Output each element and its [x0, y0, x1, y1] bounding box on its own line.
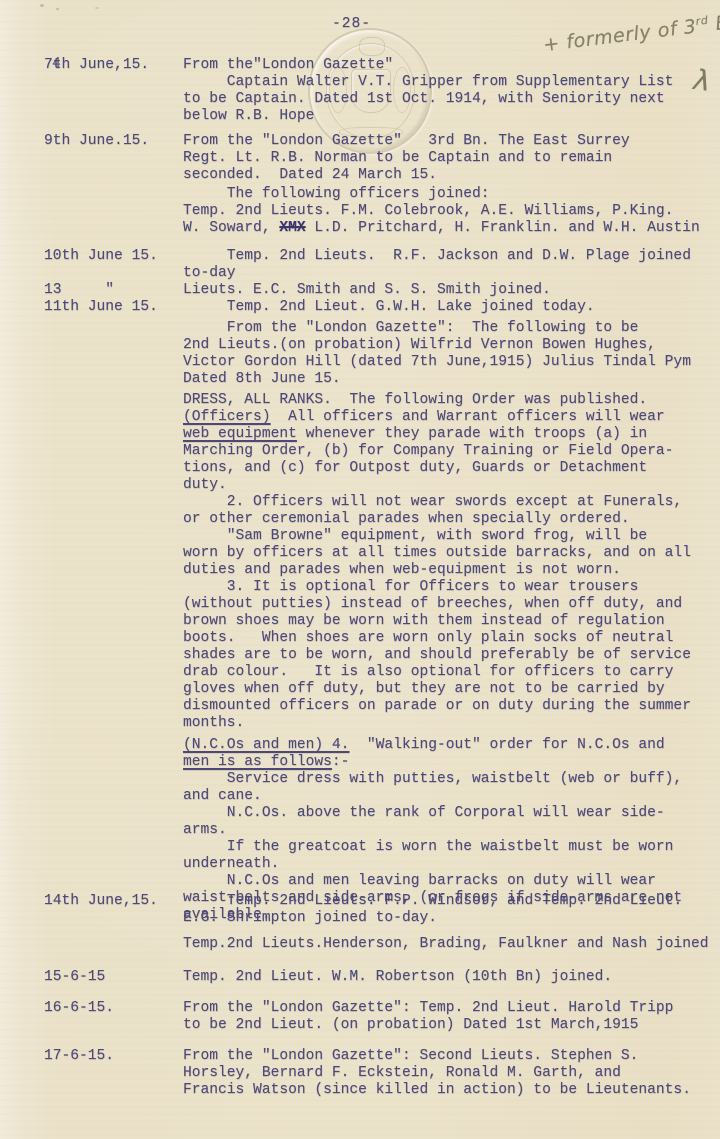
- text-segment: to be 2nd Lieut. (on probation) Dated 1s…: [183, 1017, 638, 1033]
- text-segment: :-: [332, 754, 350, 770]
- text-segment: shades are to be worn, and should prefer…: [183, 647, 691, 663]
- text-line: 9th June.15.From the "London Gazette" 3r…: [183, 133, 630, 150]
- text-segment: Temp. 2nd Lieuts. F.P. Windsor, and Temp…: [183, 893, 682, 909]
- text-line: E.G. Shrimpton joined to-day.: [183, 910, 682, 927]
- text-line: Regt. Lt. R.B. Norman to be Captain and …: [183, 150, 630, 167]
- text-line: N.C.Os and men leaving barracks on duty …: [183, 873, 682, 890]
- text-segment: Lieuts. E.C. Smith and S. S. Smith joine…: [183, 282, 551, 298]
- text-segment: and cane.: [183, 788, 262, 804]
- text-line: arms.: [183, 822, 682, 839]
- text-segment: below R.B. Hope: [183, 108, 314, 124]
- text-segment: duties and parades when web-equipment is…: [183, 562, 621, 578]
- text-segment: All officers and Warrant officers will w…: [271, 409, 665, 425]
- text-segment: N.C.Os. above the rank of Corporal will …: [183, 805, 665, 821]
- text-segment: Marching Order, (b) for Company Training…: [183, 443, 673, 459]
- text-segment: (without putties) instead of breeches, w…: [183, 596, 682, 612]
- text-segment: Temp. 2nd Lieut. G.W.H. Lake joined toda…: [183, 299, 595, 315]
- text-segment: brown shoes may be worn with them instea…: [183, 613, 665, 629]
- entry-date: 17-6-15.: [44, 1048, 114, 1065]
- entry-block: 10th June 15. Temp. 2nd Lieuts. R.F. Jac…: [183, 248, 691, 316]
- entry-date: 14th June,15.: [44, 893, 158, 910]
- text-line: 2nd Lieuts.(on probation) Wilfrid Vernon…: [183, 337, 691, 354]
- entry-date: 15-6-15: [44, 969, 105, 986]
- text-segment: Dated 8th June 15.: [183, 371, 341, 387]
- text-line: Victor Gordon Hill (dated 7th June,1915)…: [183, 354, 691, 371]
- text-line: 3. It is optional for Officers to wear t…: [183, 579, 691, 596]
- entry-block: 17-6-15.From the "London Gazette": Secon…: [183, 1048, 691, 1099]
- entry-block: 15-6-15Temp. 2nd Lieut. W.M. Robertson (…: [183, 969, 612, 986]
- text-segment: months.: [183, 715, 244, 731]
- entry-date: 11th June 15.: [44, 299, 158, 316]
- text-line: From the "London Gazette": The following…: [183, 320, 691, 337]
- text-line: to-day: [183, 265, 691, 282]
- text-line: 16-6-15.From the "London Gazette": Temp.…: [183, 1000, 673, 1017]
- entry-block: From the "London Gazette": The following…: [183, 320, 691, 388]
- text-line: men is as follows:-: [183, 754, 682, 771]
- text-line: N.C.Os. above the rank of Corporal will …: [183, 805, 682, 822]
- text-segment: 3. It is optional for Officers to wear t…: [183, 579, 638, 595]
- text-line: worn by officers at all times outside ba…: [183, 545, 691, 562]
- text-line: tions, and (c) for Outpost duty, Guards …: [183, 460, 691, 477]
- text-line: 10th June 15. Temp. 2nd Lieuts. R.F. Jac…: [183, 248, 691, 265]
- text-segment: drab colour. It is also optional for off…: [183, 664, 673, 680]
- text-line: Captain Walter V.T. Gripper from Supplem…: [183, 74, 673, 91]
- text-line: 11th June 15. Temp. 2nd Lieut. G.W.H. La…: [183, 299, 691, 316]
- text-line: (N.C.Os and men) 4. "Walking-out" order …: [183, 737, 682, 754]
- entry-block: 7th June,15.From the"London Gazette" Cap…: [183, 57, 673, 125]
- entry-block: 16-6-15.From the "London Gazette": Temp.…: [183, 1000, 673, 1034]
- text-line: Service dress with putties, waistbelt (w…: [183, 771, 682, 788]
- text-segment: to be Captain. Dated 1st Oct. 1914, with…: [183, 91, 665, 107]
- document-page: -28- + formerly of 3rd Bn λ 4 7th June,1…: [0, 0, 720, 1139]
- text-segment: Captain Walter V.T. Gripper from Supplem…: [183, 74, 673, 90]
- text-segment: The following officers joined:: [183, 186, 490, 202]
- text-line: 13 "Lieuts. E.C. Smith and S. S. Smith j…: [183, 282, 691, 299]
- text-line: Temp. 2nd Lieuts. F.M. Colebrook, A.E. W…: [183, 203, 700, 220]
- text-line: Temp.2nd Lieuts.Henderson, Brading, Faul…: [183, 936, 708, 953]
- entry-date: 13 ": [44, 282, 114, 299]
- text-segment: Temp. 2nd Lieut. W.M. Robertson (10th Bn…: [183, 969, 612, 985]
- text-line: drab colour. It is also optional for off…: [183, 664, 691, 681]
- text-line: "Sam Browne" equipment, with sword frog,…: [183, 528, 691, 545]
- text-segment: Victor Gordon Hill (dated 7th June,1915)…: [183, 354, 691, 370]
- text-line: brown shoes may be worn with them instea…: [183, 613, 691, 630]
- text-line: If the greatcoat is worn the waistbelt m…: [183, 839, 682, 856]
- text-segment: gloves when off duty, but they are not t…: [183, 681, 665, 697]
- text-segment: 2. Officers will not wear swords except …: [183, 494, 682, 510]
- text-segment: Temp. 2nd Lieuts. F.M. Colebrook, A.E. W…: [183, 203, 673, 219]
- text-line: web equipment whenever they parade with …: [183, 426, 691, 443]
- entry-block: DRESS, ALL RANKS. The following Order wa…: [183, 392, 691, 732]
- entry-date: 9th June.15.: [44, 133, 149, 150]
- entry-block: The following officers joined:Temp. 2nd …: [183, 186, 700, 237]
- text-line: months.: [183, 715, 691, 732]
- underlined-text: web equipment: [183, 426, 297, 442]
- text-segment: worn by officers at all times outside ba…: [183, 545, 691, 561]
- struck-out-text: XMX: [279, 220, 305, 236]
- text-segment: Temp. 2nd Lieuts. R.F. Jackson and D.W. …: [183, 248, 691, 264]
- underlined-text: (Officers): [183, 409, 271, 425]
- diary-entries: 7th June,15.From the"London Gazette" Cap…: [0, 0, 720, 1139]
- text-segment: or other ceremonial parades when special…: [183, 511, 630, 527]
- text-segment: From the"London Gazette": [183, 57, 393, 73]
- underlined-text: (N.C.Os and men) 4.: [183, 737, 349, 753]
- text-segment: whenever they parade with troops (a) in: [297, 426, 647, 442]
- text-segment: Horsley, Bernard F. Eckstein, Ronald M. …: [183, 1065, 621, 1081]
- text-line: to be 2nd Lieut. (on probation) Dated 1s…: [183, 1017, 673, 1034]
- text-line: Dated 8th June 15.: [183, 371, 691, 388]
- text-line: to be Captain. Dated 1st Oct. 1914, with…: [183, 91, 673, 108]
- entry-date: 7th June,15.: [44, 57, 149, 74]
- text-line: boots. When shoes are worn only plain so…: [183, 630, 691, 647]
- text-line: (Officers) All officers and Warrant offi…: [183, 409, 691, 426]
- text-line: 2. Officers will not wear swords except …: [183, 494, 691, 511]
- text-line: The following officers joined:: [183, 186, 700, 203]
- text-line: below R.B. Hope: [183, 108, 673, 125]
- text-line: duty.: [183, 477, 691, 494]
- text-segment: N.C.Os and men leaving barracks on duty …: [183, 873, 656, 889]
- text-line: (without putties) instead of breeches, w…: [183, 596, 691, 613]
- text-segment: 2nd Lieuts.(on probation) Wilfrid Vernon…: [183, 337, 656, 353]
- text-line: and cane.: [183, 788, 682, 805]
- text-segment: Service dress with putties, waistbelt (w…: [183, 771, 682, 787]
- text-line: gloves when off duty, but they are not t…: [183, 681, 691, 698]
- text-line: 15-6-15Temp. 2nd Lieut. W.M. Robertson (…: [183, 969, 612, 986]
- entry-block: 9th June.15.From the "London Gazette" 3r…: [183, 133, 630, 184]
- text-segment: E.G. Shrimpton joined to-day.: [183, 910, 437, 926]
- text-segment: "Sam Browne" equipment, with sword frog,…: [183, 528, 647, 544]
- text-line: Marching Order, (b) for Company Training…: [183, 443, 691, 460]
- text-segment: tions, and (c) for Outpost duty, Guards …: [183, 460, 647, 476]
- text-line: duties and parades when web-equipment is…: [183, 562, 691, 579]
- entry-date: 16-6-15.: [44, 1000, 114, 1017]
- text-segment: underneath.: [183, 856, 279, 872]
- text-segment: "Walking-out" order for N.C.Os and: [349, 737, 664, 753]
- text-segment: DRESS, ALL RANKS. The following Order wa…: [183, 392, 647, 408]
- text-segment: From the "London Gazette": Temp. 2nd Lie…: [183, 1000, 673, 1016]
- text-line: 17-6-15.From the "London Gazette": Secon…: [183, 1048, 691, 1065]
- text-segment: From the "London Gazette" 3rd Bn. The Ea…: [183, 133, 630, 149]
- entry-block: Temp.2nd Lieuts.Henderson, Brading, Faul…: [183, 936, 708, 953]
- text-segment: If the greatcoat is worn the waistbelt m…: [183, 839, 673, 855]
- text-segment: to-day: [183, 265, 236, 281]
- text-segment: dismounted officers on parade or on duty…: [183, 698, 691, 714]
- entry-block: 14th June,15. Temp. 2nd Lieuts. F.P. Win…: [183, 893, 682, 927]
- text-line: 7th June,15.From the"London Gazette": [183, 57, 673, 74]
- text-line: Horsley, Bernard F. Eckstein, Ronald M. …: [183, 1065, 691, 1082]
- text-line: underneath.: [183, 856, 682, 873]
- text-segment: W. Soward,: [183, 220, 279, 236]
- text-segment: L.D. Pritchard, H. Franklin. and W.H. Au…: [306, 220, 700, 236]
- text-segment: Temp.2nd Lieuts.Henderson, Brading, Faul…: [183, 936, 708, 952]
- text-line: DRESS, ALL RANKS. The following Order wa…: [183, 392, 691, 409]
- text-line: W. Soward, XMX L.D. Pritchard, H. Frankl…: [183, 220, 700, 237]
- text-line: or other ceremonial parades when special…: [183, 511, 691, 528]
- text-line: dismounted officers on parade or on duty…: [183, 698, 691, 715]
- text-line: 14th June,15. Temp. 2nd Lieuts. F.P. Win…: [183, 893, 682, 910]
- text-segment: duty.: [183, 477, 227, 493]
- text-line: Francis Watson (since killed in action) …: [183, 1082, 691, 1099]
- text-segment: seconded. Dated 24 March 15.: [183, 167, 437, 183]
- text-segment: boots. When shoes are worn only plain so…: [183, 630, 673, 646]
- text-segment: arms.: [183, 822, 227, 838]
- underlined-text: men is as follows: [183, 754, 332, 770]
- text-segment: Regt. Lt. R.B. Norman to be Captain and …: [183, 150, 612, 166]
- text-segment: Francis Watson (since killed in action) …: [183, 1082, 691, 1098]
- text-line: shades are to be worn, and should prefer…: [183, 647, 691, 664]
- entry-date: 10th June 15.: [44, 248, 158, 265]
- text-segment: From the "London Gazette": Second Lieuts…: [183, 1048, 638, 1064]
- text-segment: From the "London Gazette": The following…: [183, 320, 638, 336]
- text-line: seconded. Dated 24 March 15.: [183, 167, 630, 184]
